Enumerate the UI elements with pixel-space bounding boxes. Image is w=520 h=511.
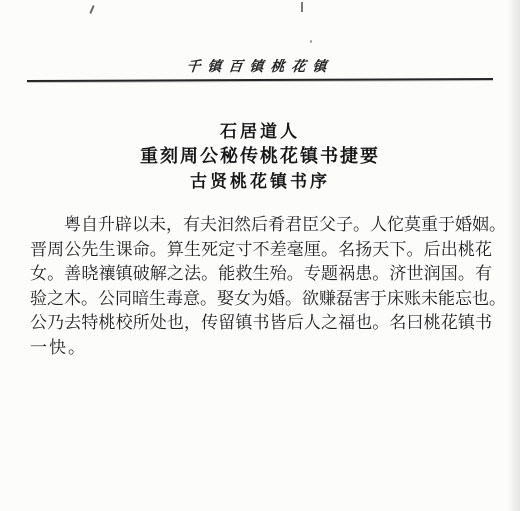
title-main: 重刻周公秘传桃花镇书捷要 bbox=[0, 144, 520, 169]
title-block: 石居道人 重刻周公秘传桃花镇书捷要 古贤桃花镇书序 bbox=[0, 119, 520, 194]
paragraph-line: 女。善晓禳镇破解之法。能救生殆。专题祸患。济世润国。有 bbox=[30, 262, 492, 287]
title-author: 石居道人 bbox=[0, 119, 520, 144]
preface-paragraph: 粤自升辟以未，有夫汩然后肴君臣父子。人佗莫重于婚姻。 晋周公先生课命。算生死定寸… bbox=[30, 213, 492, 361]
title-preface: 古贤桃花镇书序 bbox=[0, 169, 520, 194]
paragraph-line: 一快。 bbox=[30, 336, 492, 361]
paragraph-line: 验之木。公同暗生毒意。娶女为婚。欲赚磊害于床账未能忘也。 bbox=[30, 287, 492, 312]
paragraph-line: 晋周公先生课命。算生死定寸不差毫厘。名扬天下。后出桃花 bbox=[30, 238, 492, 263]
scan-artifact-dot bbox=[310, 40, 312, 43]
header-divider-rule bbox=[27, 78, 493, 82]
scanned-book-page: 千镇百镇桃花镇 石居道人 重刻周公秘传桃花镇书捷要 古贤桃花镇书序 粤自升辟以未… bbox=[0, 0, 520, 511]
scan-artifact-mark bbox=[301, 2, 303, 12]
running-header: 千镇百镇桃花镇 bbox=[0, 56, 520, 76]
scan-edge-shadow bbox=[507, 0, 520, 511]
scan-artifact-mark bbox=[89, 5, 94, 14]
paragraph-line: 公乃去特桃校所处也，传留镇书皆后人之福也。名曰桃花镇书 bbox=[30, 311, 492, 336]
paragraph-line: 粤自升辟以未，有夫汩然后肴君臣父子。人佗莫重于婚姻。 bbox=[30, 213, 492, 238]
